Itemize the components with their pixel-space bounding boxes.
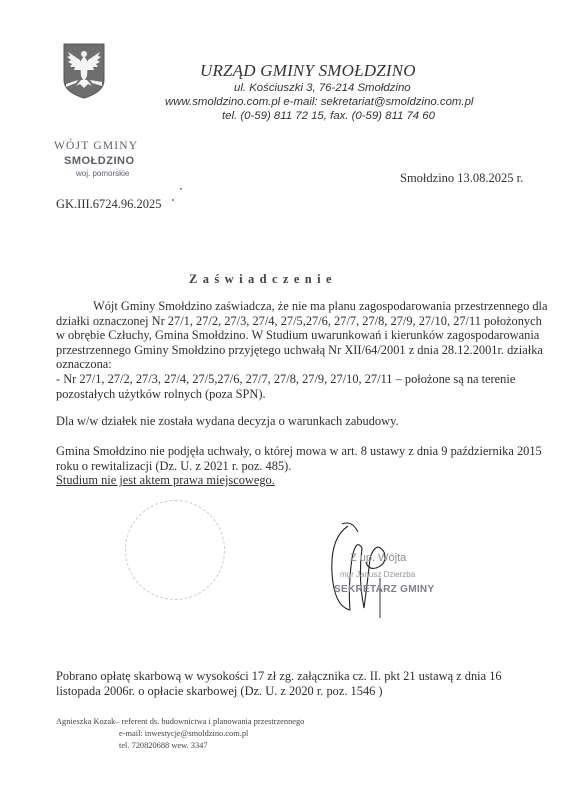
paragraph-line: Gmina Smołdzino nie podjęła uchwały, o k… <box>56 444 542 459</box>
speck <box>180 188 182 190</box>
signatory-name: mgr Janusz Dzierzba <box>340 570 415 579</box>
underlined-note: Studium nie jest aktem prawa miejscowego… <box>56 473 275 487</box>
paragraph-line: Pobrano opłatę skarbową w wysokości 17 z… <box>56 669 502 684</box>
paragraph-line: przestrzennego Gminy Smołdzino przyjęteg… <box>56 343 548 358</box>
round-seal <box>125 500 225 600</box>
stamp-line-2: SMOŁDZINO <box>64 155 135 167</box>
paragraph-line: pozostałych użytków rolnych (poza SPN). <box>56 387 548 402</box>
stamp-duty-note: Pobrano opłatę skarbową w wysokości 17 z… <box>56 669 502 698</box>
place-date: Smołdzino 13.08.2025 r. <box>400 171 523 186</box>
organization-phone-fax: tel. (0-59) 811 72 15, fax. (0-59) 811 7… <box>222 110 435 122</box>
paragraph-line: - Nr 27/1, 27/2, 27/3, 27/4, 27/5,27/6, … <box>56 372 548 387</box>
speck <box>172 199 174 201</box>
certificate-paragraph-1: Wójt Gminy Smołdzino zaświadcza, że nie … <box>56 299 548 401</box>
paragraph-line: oznaczona: <box>56 357 548 372</box>
footer-email: e-mail: inwestycje@smoldzino.com.pl <box>56 728 304 740</box>
certificate-paragraph-3: Gmina Smołdzino nie podjęła uchwały, o k… <box>56 444 542 488</box>
signature-on-behalf: Z up. Wójta <box>350 552 406 564</box>
organization-address: ul. Kościuszki 3, 76-214 Smołdzino <box>234 82 411 94</box>
paragraph-line: w obrębie Człuchy, Gmina Smołdzino. W St… <box>56 328 548 343</box>
organization-name: URZĄD GMINY SMOŁDZINO <box>200 61 416 81</box>
handwritten-signature <box>318 518 398 618</box>
stamp-line-3: woj. pomorskie <box>76 169 129 178</box>
certificate-paragraph-2: Dla w/w działek nie została wydana decyz… <box>56 414 399 429</box>
stamp-line-1: WÓJT GMINY <box>54 140 138 152</box>
paragraph-line: roku o rewitalizacji (Dz. U. z 2021 r. p… <box>56 459 542 474</box>
footer-phone: tel. 720820688 wew. 3347 <box>56 740 304 752</box>
signatory-title: SEKRETARZ GMINY <box>334 584 434 595</box>
paragraph-line: listopada 2006r. o opłacie skarbowej (Dz… <box>56 684 502 699</box>
paragraph-line: Wójt Gminy Smołdzino zaświadcza, że nie … <box>56 299 548 314</box>
footer-clerk: Agnieszka Kozak– referent ds. budownictw… <box>56 716 304 728</box>
paragraph-line: działki oznaczonej Nr 27/1, 27/2, 27/3, … <box>56 314 548 329</box>
reference-number: GK.III.6724.96.2025 <box>56 197 162 212</box>
document-title: Zaświadczenie <box>189 272 337 287</box>
organization-web-email: www.smoldzino.com.pl e-mail: sekretariat… <box>165 96 473 108</box>
coat-of-arms-eagle-icon <box>62 42 106 100</box>
contact-footer: Agnieszka Kozak– referent ds. budownictw… <box>56 716 304 752</box>
office-stamp: WÓJT GMINY SMOŁDZINO woj. pomorskie <box>50 140 160 190</box>
